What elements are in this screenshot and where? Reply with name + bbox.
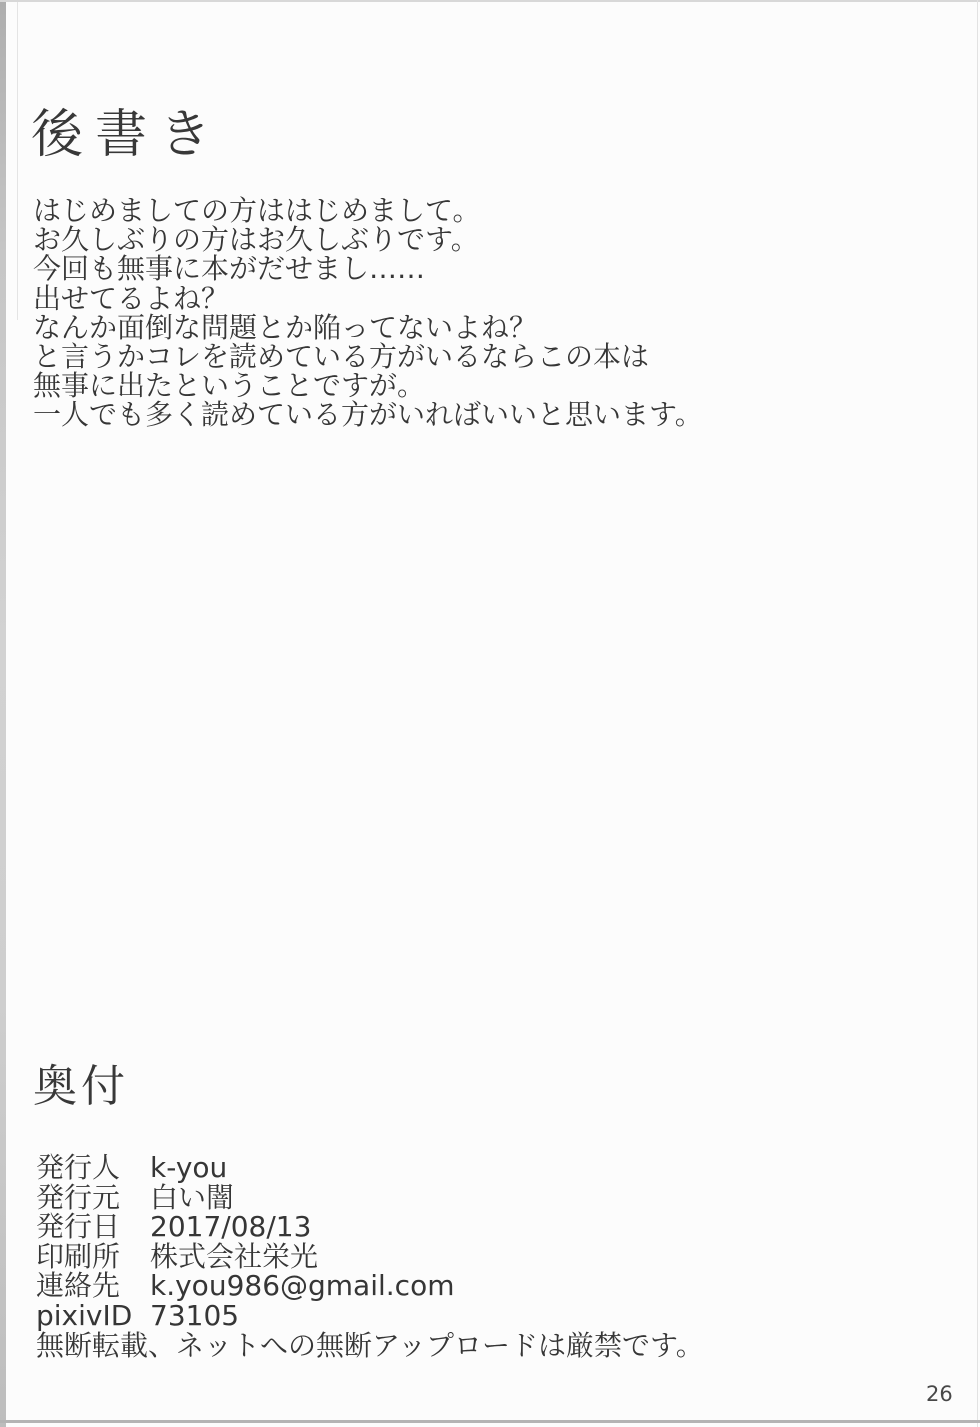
colophon-label: 発行日 [36, 1212, 150, 1242]
scan-edge-left-inner [17, 0, 18, 320]
colophon-value: k-you [150, 1153, 227, 1183]
colophon-row-publisher-circle: 発行元 白い闇 [36, 1183, 454, 1213]
colophon-value: 2017/08/13 [150, 1212, 311, 1242]
colophon-value: 73105 [150, 1301, 239, 1331]
scan-edge-left [0, 0, 6, 1427]
afterword-heading: 後書き [31, 104, 223, 166]
scan-edge-top [0, 0, 980, 2]
afterword-line: はじめましての方ははじめまして。 [33, 196, 703, 225]
afterword-line: と言うかコレを読めている方がいるならこの本は [33, 342, 703, 371]
afterword-line: なんか面倒な問題とか陥ってないよね？ [33, 313, 703, 342]
scanned-book-page: 後書き はじめましての方ははじめまして。 お久しぶりの方はお久しぶりです。 今回… [0, 0, 980, 1427]
scan-edge-right [977, 0, 978, 1427]
colophon-row-contact: 連絡先 k.you986@gmail.com [36, 1271, 454, 1301]
colophon-value: k.you986@gmail.com [150, 1271, 454, 1301]
colophon-label: 発行元 [36, 1183, 150, 1213]
colophon-label: 連絡先 [36, 1271, 150, 1301]
colophon-value: 白い闇 [150, 1183, 234, 1213]
colophon-row-publisher-person: 発行人 k-you [36, 1153, 454, 1183]
afterword-paragraph: はじめましての方ははじめまして。 お久しぶりの方はお久しぶりです。 今回も無事に… [33, 196, 703, 430]
colophon-heading: 奥付 [33, 1060, 129, 1114]
afterword-line: 一人でも多く読めている方がいればいいと思います。 [33, 400, 703, 429]
colophon-label: pixivID [36, 1301, 150, 1331]
colophon-row-publish-date: 発行日 2017/08/13 [36, 1212, 454, 1242]
colophon-label: 印刷所 [36, 1242, 150, 1272]
colophon-row-pixiv-id: pixivID 73105 [36, 1301, 454, 1331]
afterword-line: 無事に出たということですが。 [33, 371, 703, 400]
afterword-line: 今回も無事に本がだせまし…… [33, 254, 703, 283]
scan-edge-bottom [0, 1420, 980, 1423]
colophon-row-printer: 印刷所 株式会社栄光 [36, 1242, 454, 1272]
afterword-line: 出せてるよね？ [33, 284, 703, 313]
afterword-line: お久しぶりの方はお久しぶりです。 [33, 225, 703, 254]
colophon-table: 発行人 k-you 発行元 白い闇 発行日 2017/08/13 印刷所 株式会… [36, 1153, 454, 1331]
colophon-label: 発行人 [36, 1153, 150, 1183]
colophon-value: 株式会社栄光 [150, 1242, 318, 1272]
reproduction-prohibited-notice: 無断転載、ネットへの無断アップロードは厳禁です。 [36, 1331, 704, 1361]
page-number: 26 [926, 1382, 953, 1406]
